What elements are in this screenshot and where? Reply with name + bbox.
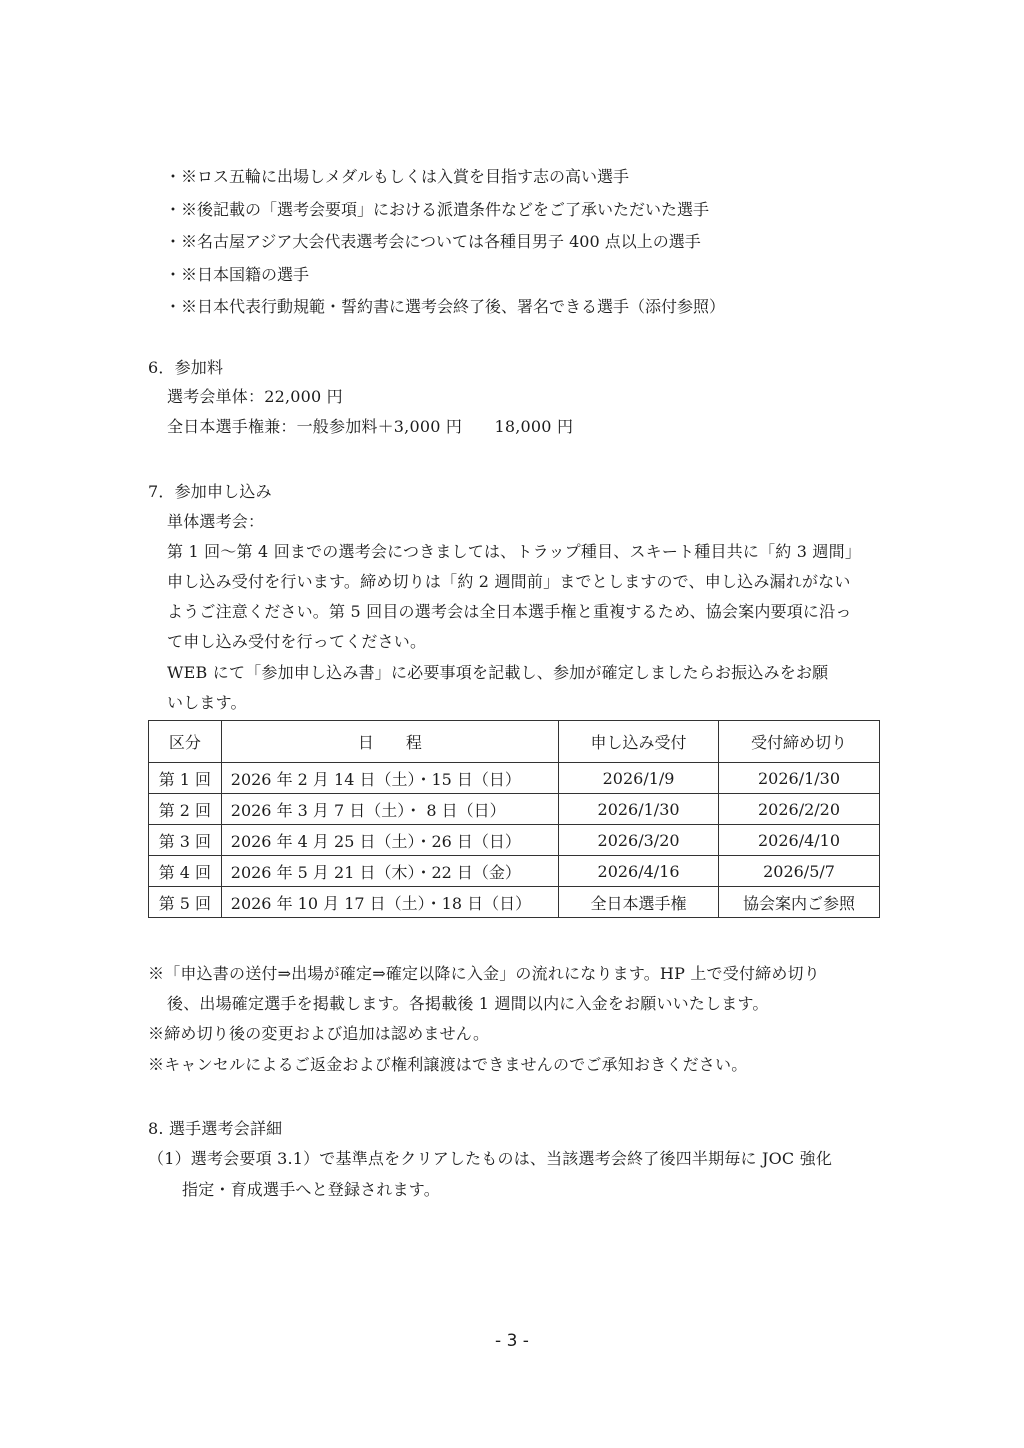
eligibility-item: ・※日本代表行動規範・誓約書に選考会終了後、署名できる選手（添付参照） (165, 296, 725, 329)
table-row: 第 4 回 2026 年 5 月 21 日（木）・22 日（金） 2026/4/… (149, 856, 880, 887)
eligibility-item: ・※日本国籍の選手 (165, 264, 725, 297)
cell-open: 2026/1/9 (559, 763, 719, 794)
note-line: ※キャンセルによるご返金および権利譲渡はできませんのでご承知おきください。 (148, 1054, 747, 1076)
cell-close: 2026/1/30 (719, 763, 880, 794)
cell-kubun: 第 1 回 (149, 763, 222, 794)
cell-close: 2026/4/10 (719, 825, 880, 856)
eligibility-item: ・※名古屋アジア大会代表選考会については各種目男子 400 点以上の選手 (165, 231, 725, 264)
header-entry-deadline: 受付締め切り (719, 721, 880, 763)
schedule-table: 区分 日 程 申し込み受付 受付締め切り 第 1 回 2026 年 2 月 14… (148, 720, 880, 918)
paragraph-line: 申し込み受付を行います。締め切りは「約 2 週間前」までとしますので、申し込み漏… (167, 571, 851, 593)
cell-date: 2026 年 3 月 7 日（土）・ 8 日（日） (221, 794, 558, 825)
paragraph-line: て申し込み受付を行ってください。 (167, 631, 426, 653)
note-line: ※締め切り後の変更および追加は認めません。 (148, 1023, 489, 1045)
section-8-title: 8. 選手選考会詳細 (148, 1118, 282, 1140)
section-7-title: 7．参加申し込み (148, 481, 272, 503)
paragraph-line: いします。 (167, 692, 247, 714)
fee-combined: 全日本選手権兼：一般参加料＋3,000 円 18,000 円 (167, 416, 573, 438)
section-8-item-line: 指定・育成選手へと登録されます。 (182, 1179, 440, 1201)
cell-kubun: 第 2 回 (149, 794, 222, 825)
document-page: ・※ロス五輪に出場しメダルもしくは入賞を目指す志の高い選手 ・※後記載の「選考会… (0, 0, 1024, 1448)
cell-open: 2026/3/20 (559, 825, 719, 856)
cell-date: 2026 年 2 月 14 日（土）・15 日（日） (221, 763, 558, 794)
cell-open: 全日本選手権 (559, 887, 719, 918)
cell-date: 2026 年 4 月 25 日（土）・26 日（日） (221, 825, 558, 856)
cell-date: 2026 年 5 月 21 日（木）・22 日（金） (221, 856, 558, 887)
section-7-subtitle: 単体選考会： (167, 511, 264, 533)
header-kubun: 区分 (149, 721, 222, 763)
eligibility-item: ・※ロス五輪に出場しメダルもしくは入賞を目指す志の高い選手 (165, 166, 725, 199)
table-row: 第 1 回 2026 年 2 月 14 日（土）・15 日（日） 2026/1/… (149, 763, 880, 794)
cell-kubun: 第 4 回 (149, 856, 222, 887)
table-row: 第 2 回 2026 年 3 月 7 日（土）・ 8 日（日） 2026/1/3… (149, 794, 880, 825)
section-6-title: 6．参加料 (148, 357, 223, 379)
header-entry-open: 申し込み受付 (559, 721, 719, 763)
cell-date: 2026 年 10 月 17 日（土）・18 日（日） (221, 887, 558, 918)
eligibility-list: ・※ロス五輪に出場しメダルもしくは入賞を目指す志の高い選手 ・※後記載の「選考会… (165, 166, 725, 329)
table-row: 第 5 回 2026 年 10 月 17 日（土）・18 日（日） 全日本選手権… (149, 887, 880, 918)
fee-single: 選考会単体：22,000 円 (167, 386, 343, 408)
section-8-item-line: （1）選考会要項 3.1）で基準点をクリアしたものは、当該選考会終了後四半期毎に… (148, 1148, 832, 1170)
paragraph-line: ようご注意ください。第 5 回目の選考会は全日本選手権と重複するため、協会案内要… (167, 601, 852, 623)
note-line: ※「申込書の送付⇒出場が確定⇒確定以降に入金」の流れになります。HP 上で受付締… (148, 963, 820, 985)
table-header-row: 区分 日 程 申し込み受付 受付締め切り (149, 721, 880, 763)
cell-close: 協会案内ご参照 (719, 887, 880, 918)
note-line: 後、出場確定選手を掲載します。各掲載後 1 週間以内に入金をお願いいたします。 (167, 993, 769, 1015)
cell-close: 2026/5/7 (719, 856, 880, 887)
cell-close: 2026/2/20 (719, 794, 880, 825)
cell-open: 2026/4/16 (559, 856, 719, 887)
table-row: 第 3 回 2026 年 4 月 25 日（土）・26 日（日） 2026/3/… (149, 825, 880, 856)
cell-open: 2026/1/30 (559, 794, 719, 825)
eligibility-item: ・※後記載の「選考会要項」における派遣条件などをご了承いただいた選手 (165, 199, 725, 232)
paragraph-line: 第 1 回～第 4 回までの選考会につきましては、トラップ種目、スキート種目共に… (167, 541, 861, 563)
header-schedule: 日 程 (221, 721, 558, 763)
page-number: - 3 - (0, 1331, 1024, 1351)
cell-kubun: 第 3 回 (149, 825, 222, 856)
cell-kubun: 第 5 回 (149, 887, 222, 918)
paragraph-line: WEB にて「参加申し込み書」に必要事項を記載し、参加が確定しましたらお振込みを… (167, 662, 828, 684)
